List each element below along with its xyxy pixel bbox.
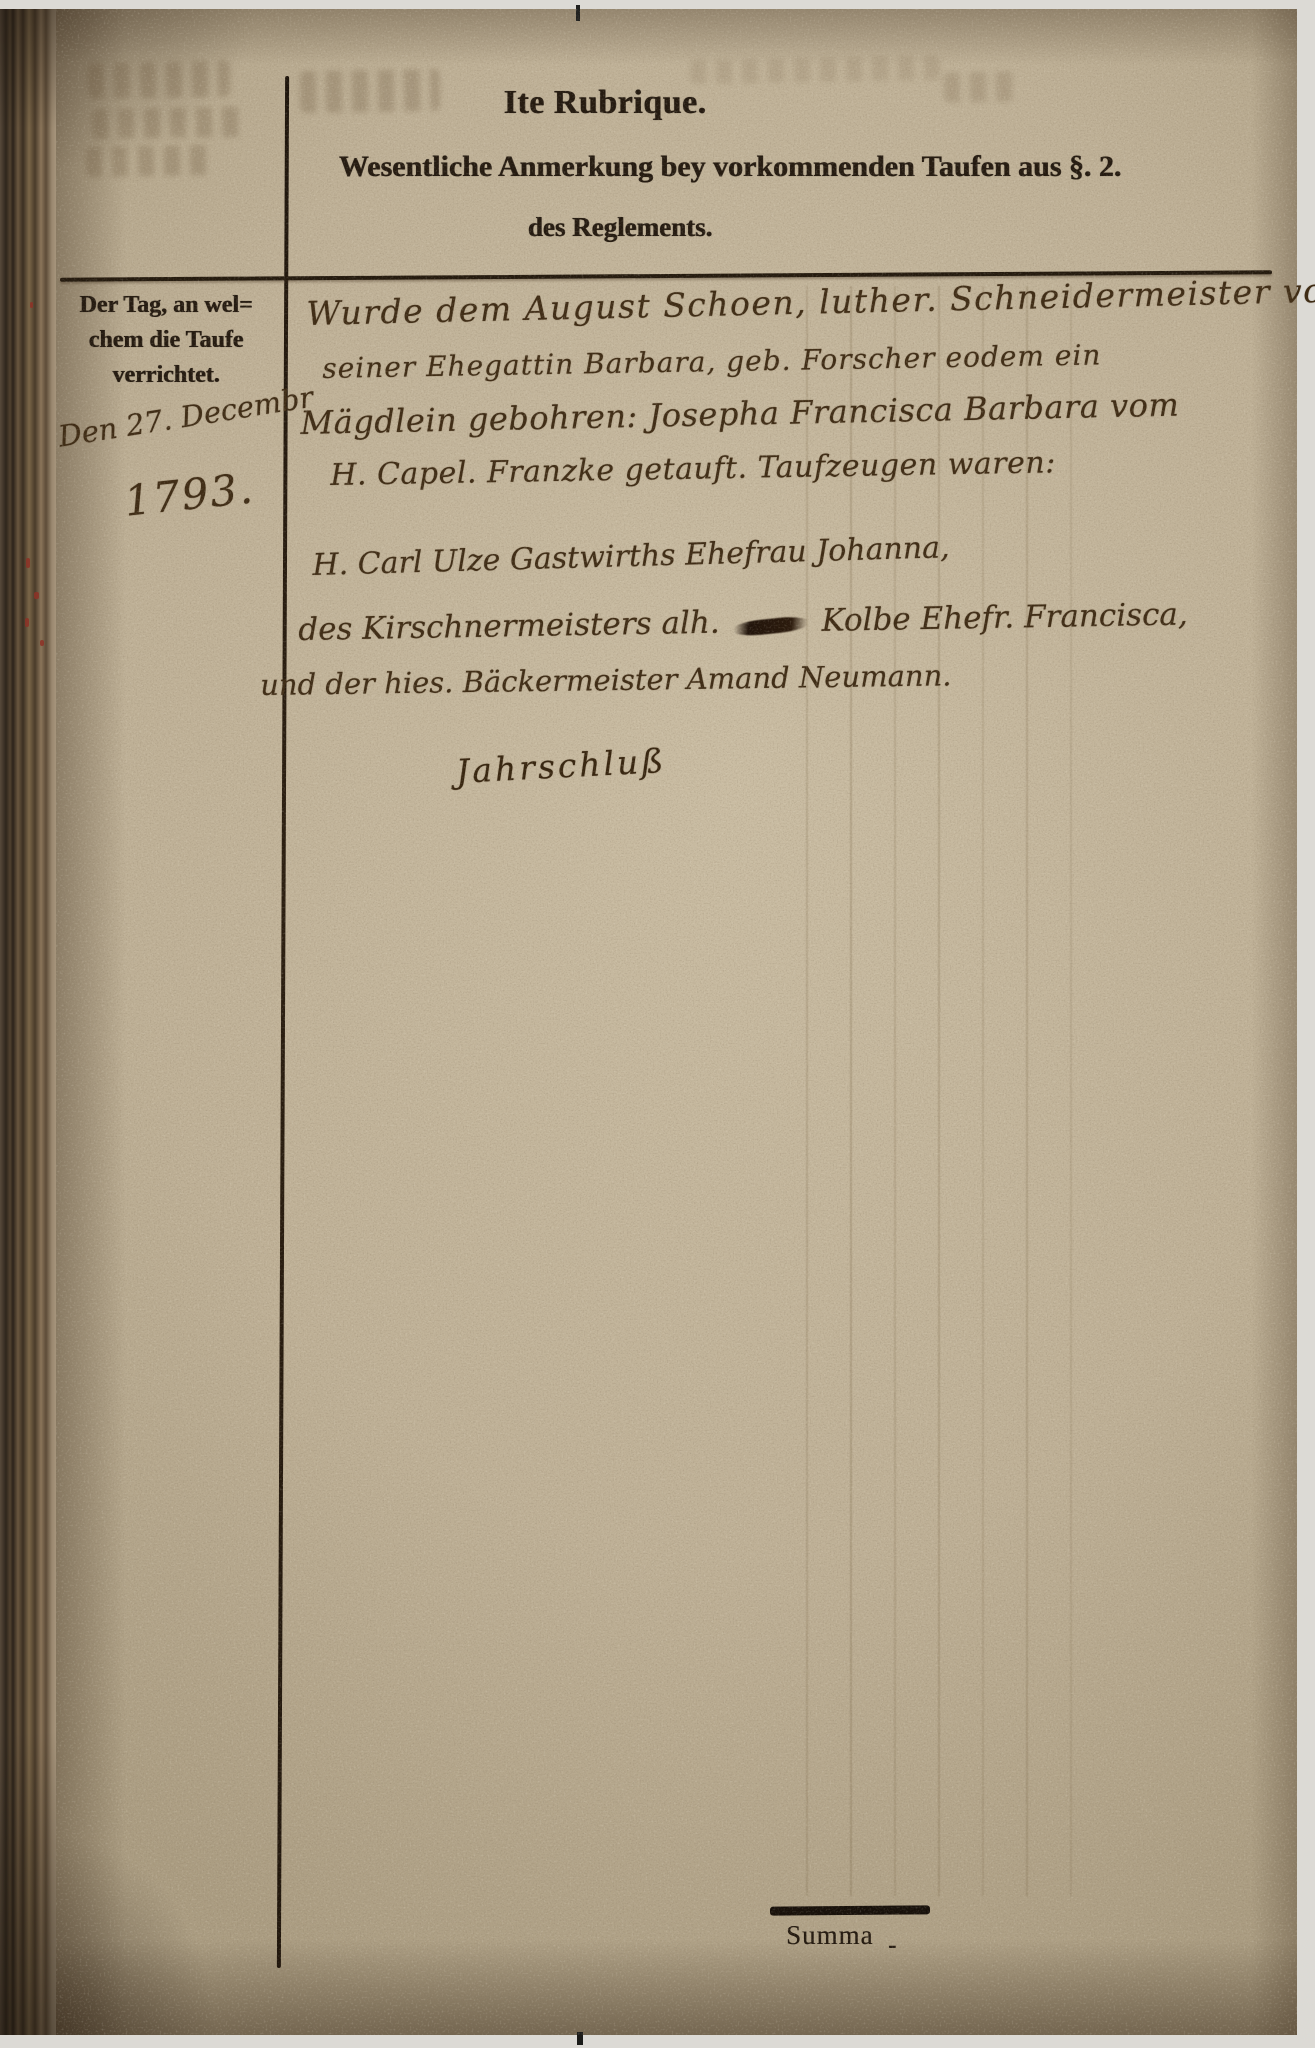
entry-line-segment: Kolbe Ehefr. Francisca, <box>821 596 1188 638</box>
summa-rule <box>770 1905 930 1915</box>
scanned-register-page: Ite Rubrique. Wesentliche Anmerkung bey … <box>0 0 1315 2048</box>
book-page-stack-edge <box>0 9 58 2035</box>
red-speck <box>26 558 30 568</box>
header-note-line1: Wesentliche Anmerkung bey vorkommenden T… <box>290 150 1170 184</box>
entry-line-segment: des Kirschnermeisters alh. <box>298 605 720 648</box>
bleed-through-smudge <box>690 56 940 84</box>
date-column-header-line: Der Tag, an wel= <box>58 288 274 323</box>
bleed-column-line <box>982 286 984 1896</box>
header-note-line2: des Reglements. <box>430 212 810 243</box>
red-speck <box>30 302 33 308</box>
bleed-column-line <box>806 286 808 1896</box>
date-column-header-line: chem die Taufe <box>58 323 274 358</box>
bleed-column-line <box>850 286 852 1896</box>
bleed-column-line <box>1026 286 1028 1896</box>
bleed-through-smudge <box>88 61 231 99</box>
bleed-through-smudge <box>86 145 217 177</box>
struck-out-word <box>731 614 810 637</box>
bleed-column-line <box>894 286 896 1896</box>
scan-mark-bottom <box>577 2032 583 2045</box>
red-speck <box>34 592 39 599</box>
date-column-header-line: verrichtet. <box>58 358 274 393</box>
bleed-column-line <box>1070 286 1072 1896</box>
red-speck <box>25 618 29 627</box>
red-speck <box>40 640 44 646</box>
summa-dash: - <box>888 1930 897 1960</box>
bleed-through-smudge <box>944 71 1021 102</box>
bleed-column-line <box>938 286 940 1896</box>
summa-label: Summa <box>786 1920 874 1951</box>
scan-mark-top <box>576 5 580 21</box>
page-title: Ite Rubrique. <box>420 84 790 122</box>
date-column-header: Der Tag, an wel= chem die Taufe verricht… <box>58 288 274 393</box>
bleed-through-smudge <box>92 107 243 140</box>
